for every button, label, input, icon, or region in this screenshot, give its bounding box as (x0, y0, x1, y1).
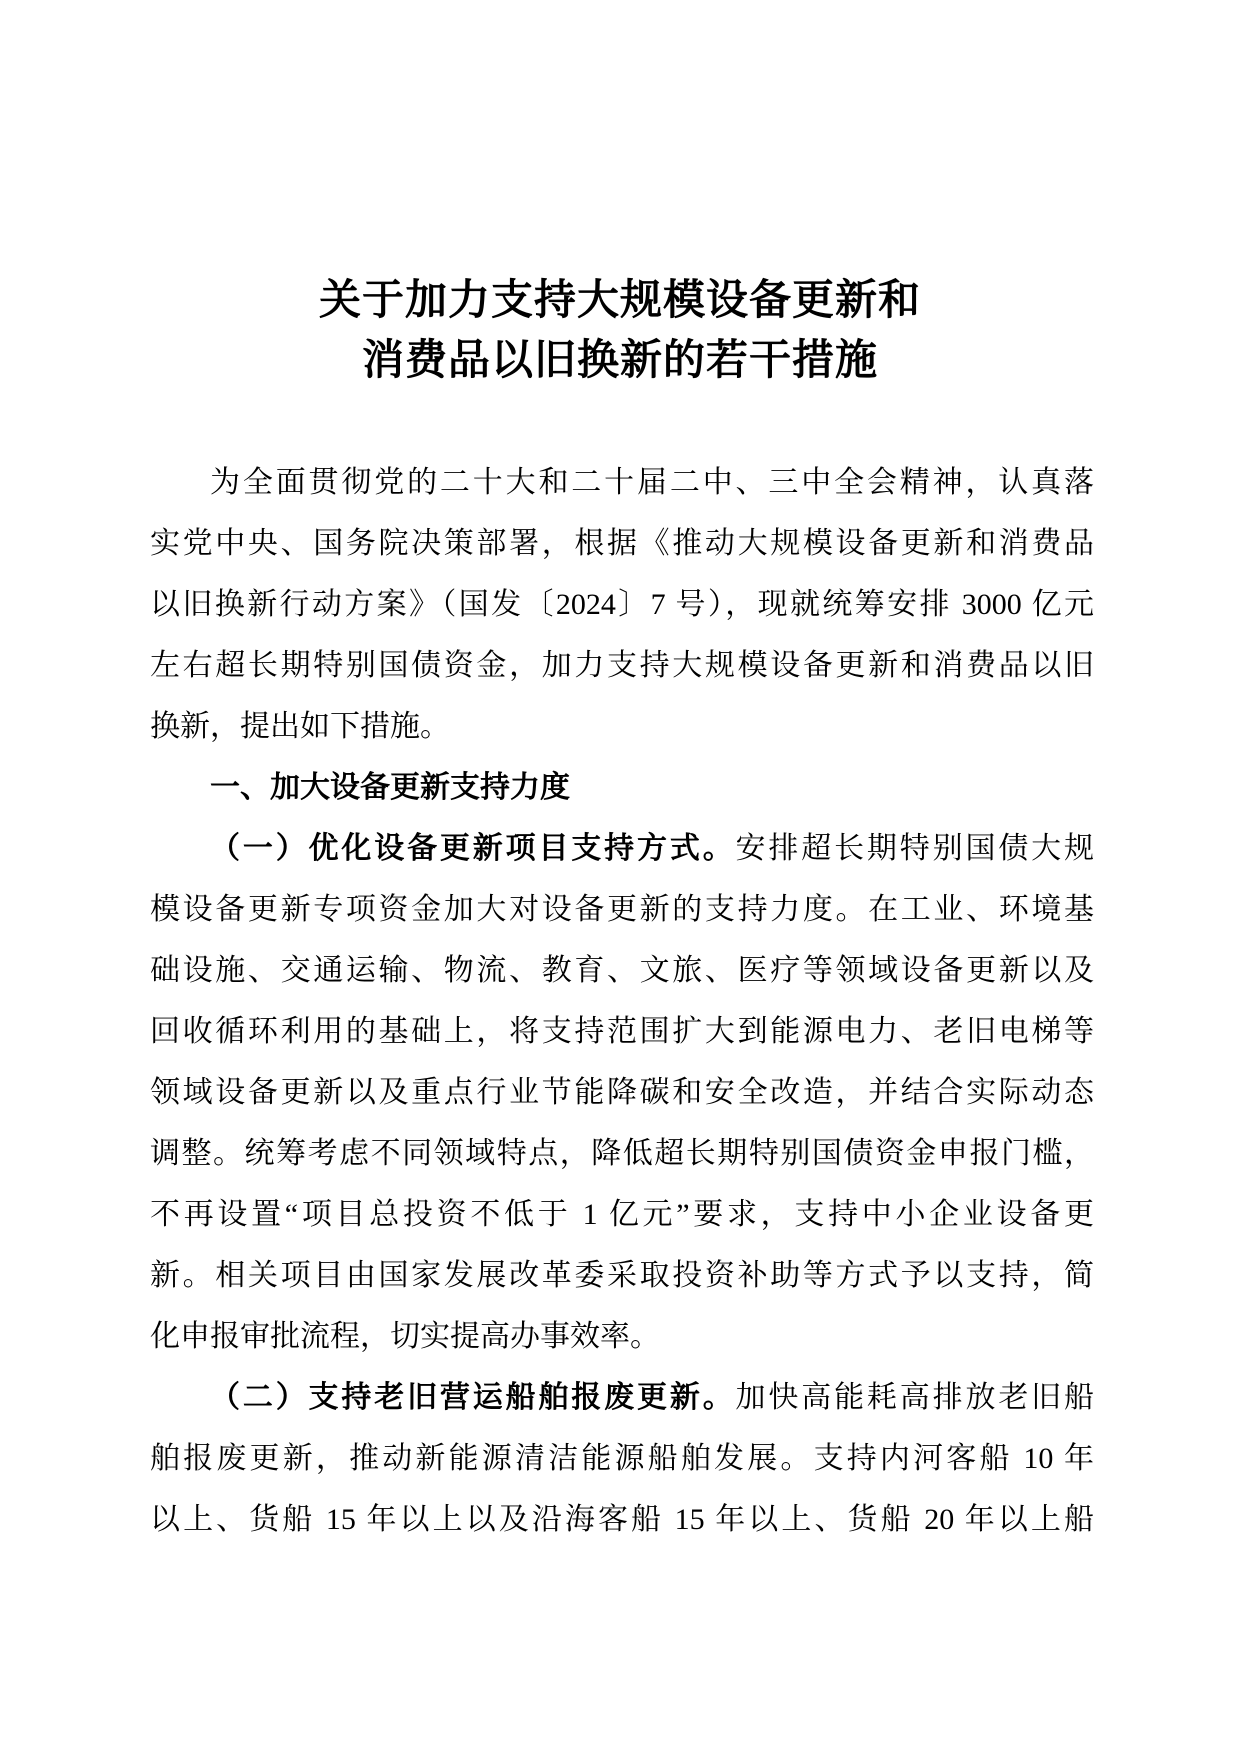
body-line-2: 实党中央、国务院决策部署，根据《推动大规模设备更新和消费品 (150, 513, 1094, 574)
body-line-14: 新。相关项目由国家发展改革委采取投资补助等方式予以支持，简 (150, 1245, 1094, 1306)
body-line-18: 以上、货船 15 年以上以及沿海客船 15 年以上、货船 20 年以上船 (150, 1489, 1094, 1550)
clause-1-heading: （一）优化设备更新项目支持方式。 (210, 832, 736, 865)
clause-2-heading: （二）支持老旧营运船舶报废更新。 (210, 1381, 736, 1414)
title-line-2: 消费品以旧换新的若干措施 (0, 331, 1240, 391)
body-line-10: 回收循环利用的基础上，将支持范围扩大到能源电力、老旧电梯等 (150, 1001, 1094, 1062)
document-title: 关于加力支持大规模设备更新和 消费品以旧换新的若干措施 (0, 271, 1240, 391)
document-body: 为全面贯彻党的二十大和二十届二中、三中全会精神，认真落 实党中央、国务院决策部署… (150, 452, 1094, 1550)
document-page: 关于加力支持大规模设备更新和 消费品以旧换新的若干措施 为全面贯彻党的二十大和二… (0, 0, 1240, 1753)
body-line-4: 左右超长期特别国债资金，加力支持大规模设备更新和消费品以旧 (150, 635, 1094, 696)
body-line-11: 领域设备更新以及重点行业节能降碳和安全改造，并结合实际动态 (150, 1062, 1094, 1123)
body-line-9: 础设施、交通运输、物流、教育、文旅、医疗等领域设备更新以及 (150, 940, 1094, 1001)
body-line-3: 以旧换新行动方案》（国发〔2024〕7 号），现就统筹安排 3000 亿元 (150, 574, 1094, 635)
clause-2-text-start: 加快高能耗高排放老旧船 (736, 1381, 1094, 1414)
body-line-8: 模设备更新专项资金加大对设备更新的支持力度。在工业、环境基 (150, 879, 1094, 940)
section-heading-1: 一、加大设备更新支持力度 (150, 757, 1094, 818)
body-line-1: 为全面贯彻党的二十大和二十届二中、三中全会精神，认真落 (150, 452, 1094, 513)
body-line-7: （一）优化设备更新项目支持方式。安排超长期特别国债大规 (150, 818, 1094, 879)
clause-1-text-start: 安排超长期特别国债大规 (736, 832, 1094, 865)
body-line-12: 调整。统筹考虑不同领域特点，降低超长期特别国债资金申报门槛， (150, 1123, 1094, 1184)
body-line-13: 不再设置“项目总投资不低于 1 亿元”要求，支持中小企业设备更 (150, 1184, 1094, 1245)
body-line-16: （二）支持老旧营运船舶报废更新。加快高能耗高排放老旧船 (150, 1367, 1094, 1428)
body-line-15: 化申报审批流程，切实提高办事效率。 (150, 1306, 1094, 1367)
title-line-1: 关于加力支持大规模设备更新和 (0, 271, 1240, 331)
body-line-5: 换新，提出如下措施。 (150, 696, 1094, 757)
body-line-17: 舶报废更新，推动新能源清洁能源船舶发展。支持内河客船 10 年 (150, 1428, 1094, 1489)
